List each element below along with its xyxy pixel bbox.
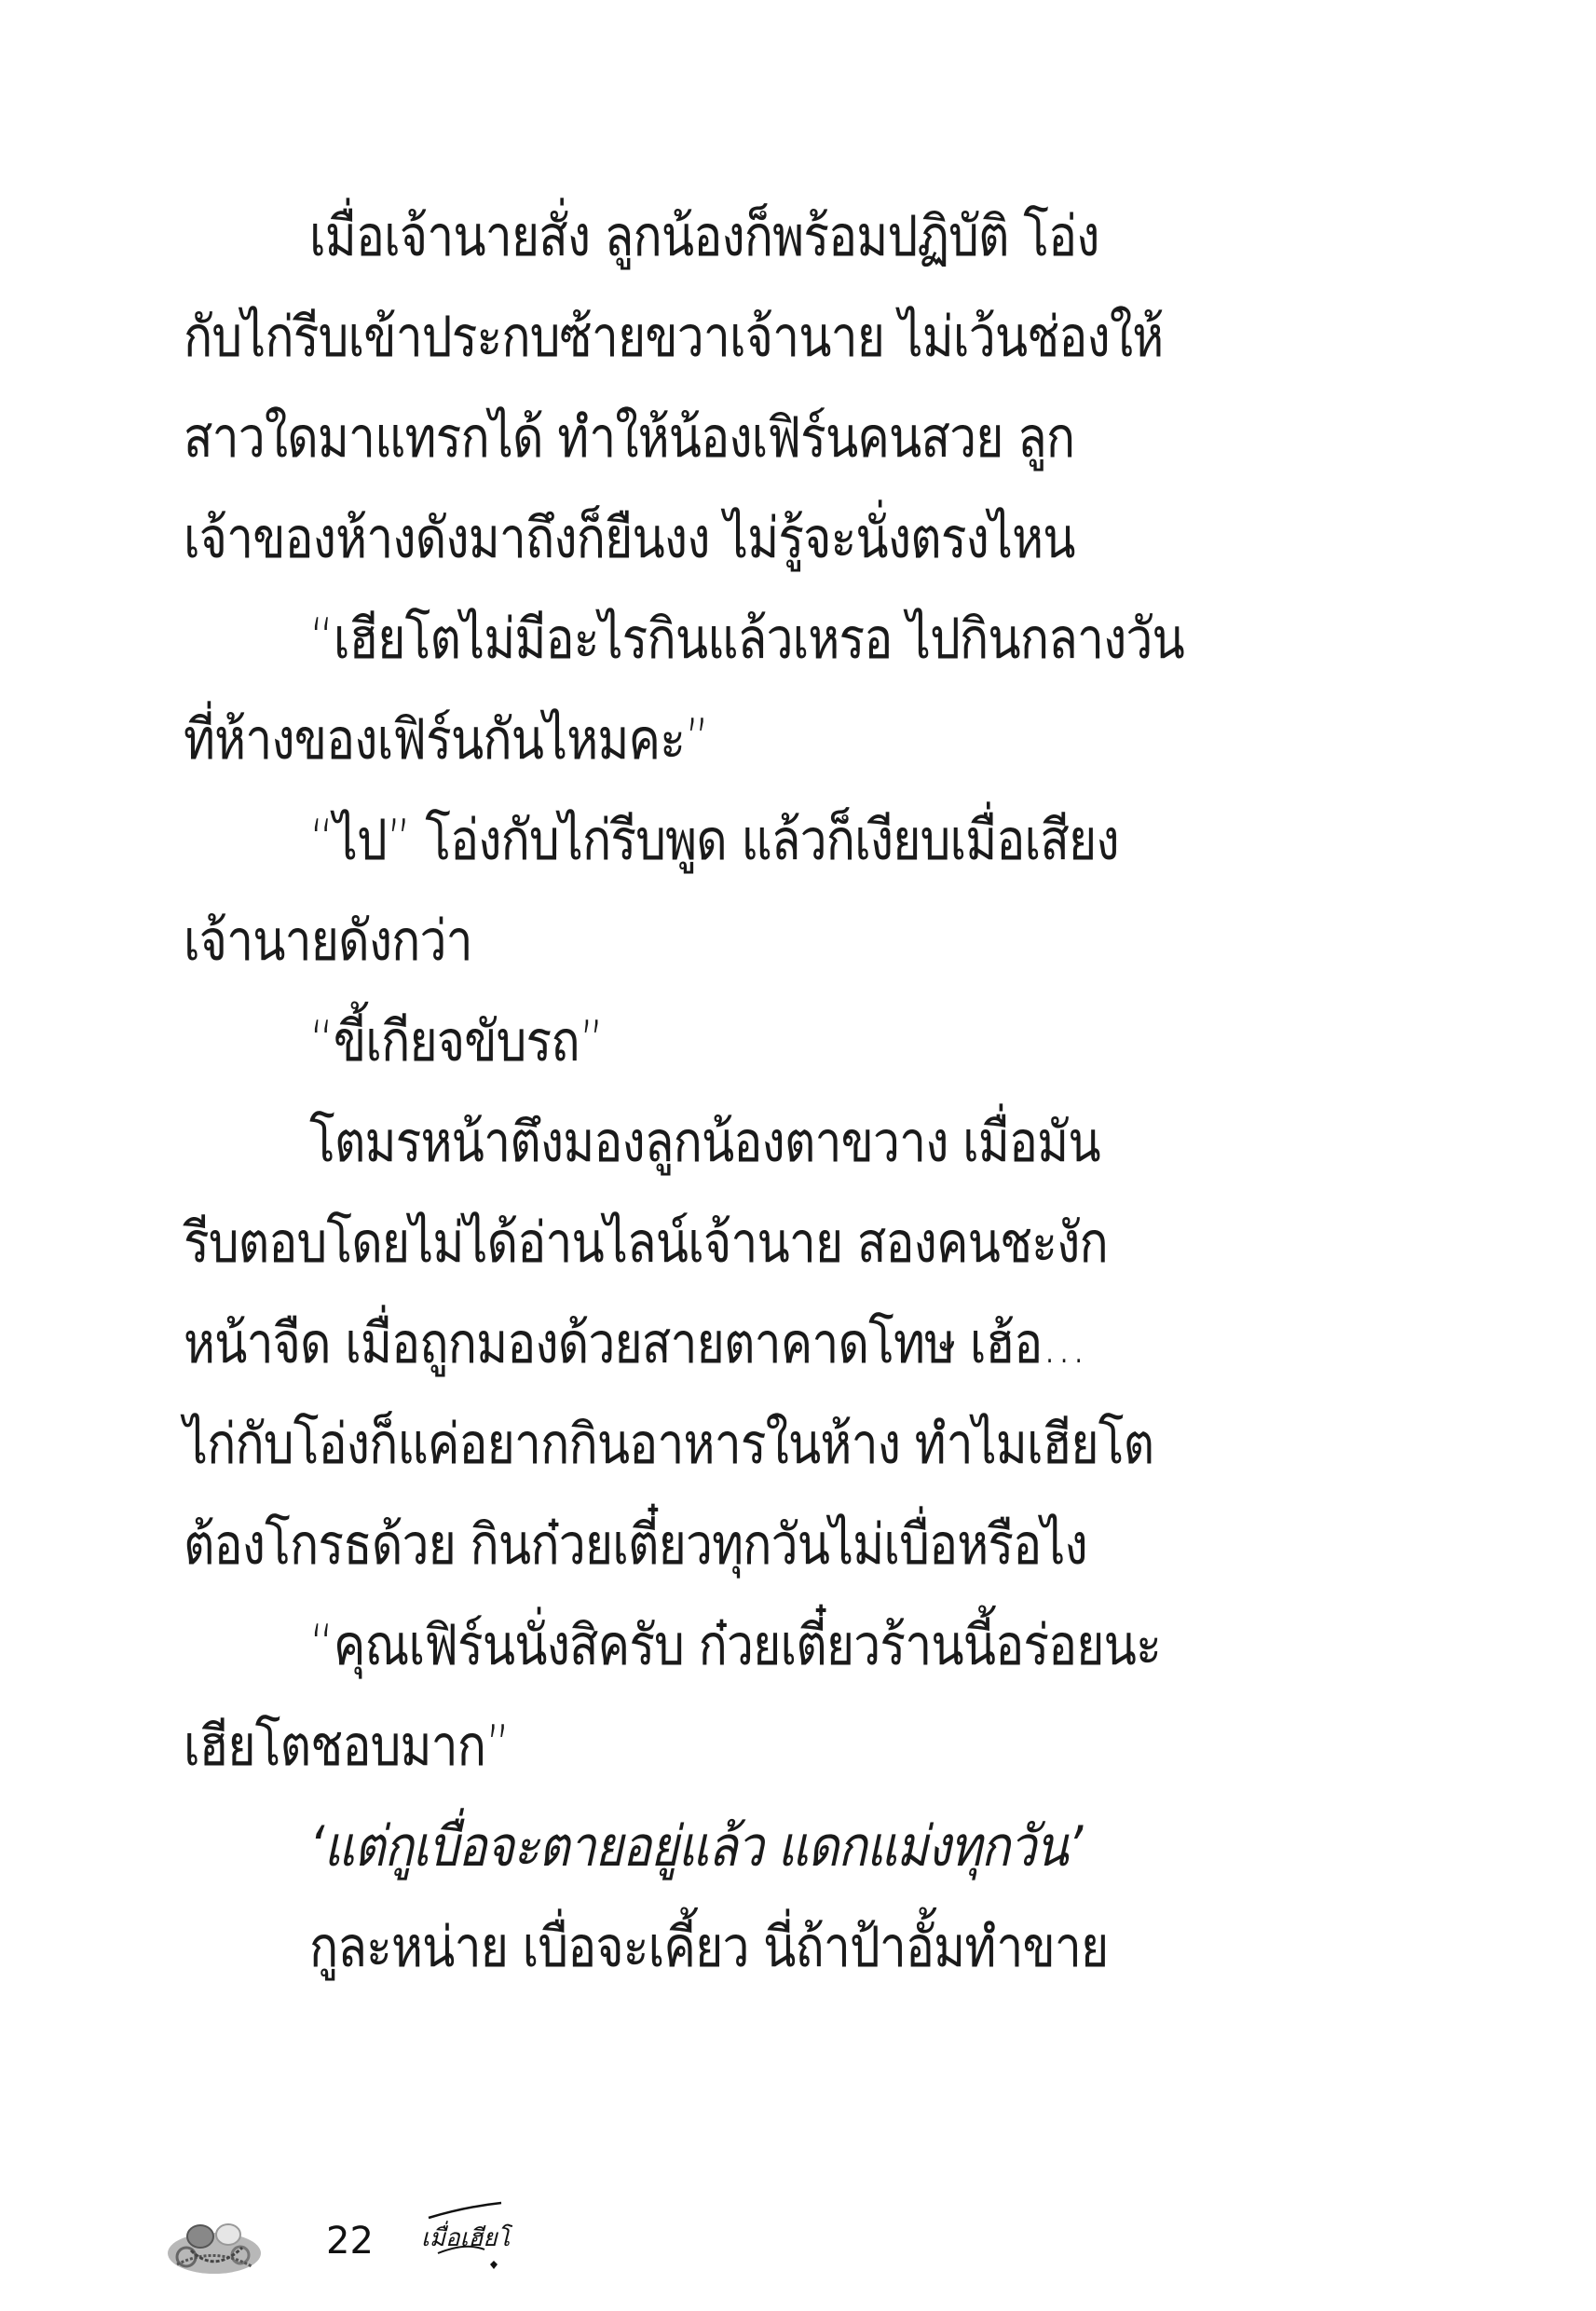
text-line: ไก่กับโอ่งก็แค่อยากกินอาหารในห้าง ทำไมเฮ… bbox=[184, 1394, 1169, 1495]
text-line: “ขี้เกียจขับรถ” bbox=[184, 991, 1169, 1092]
text-line: โตมรหน้าตึงมองลูกน้องตาขวาง เมื่อมัน bbox=[184, 1092, 1169, 1193]
text-line: กับไก่รีบเข้าประกบซ้ายขวาเจ้านาย ไม่เว้น… bbox=[184, 287, 1169, 388]
text-line: ต้องโกรธด้วย กินก๋วยเตี๋ยวทุกวันไม่เบื่อ… bbox=[184, 1495, 1169, 1595]
text-line: เฮียโตชอบมาก” bbox=[184, 1696, 1169, 1797]
text-line: ที่ห้างของเฟิร์นกันไหมคะ” bbox=[184, 690, 1169, 790]
text-line: กูละหน่าย เบื่อจะเคี้ยว นี่ถ้าป้าอั้มทำข… bbox=[184, 1897, 1169, 1998]
svg-text:เมื่อเฮียโตมีรัก: เมื่อเฮียโตมีรัก bbox=[421, 2221, 512, 2252]
text-line: เจ้าของห้างดังมาถึงก็ยืนงง ไม่รู้จะนั่งต… bbox=[184, 488, 1169, 589]
text-line: สาวใดมาแทรกได้ ทำให้น้องเฟิร์นคนสวย ลูก bbox=[184, 388, 1169, 488]
text-line: “คุณเฟิร์นนั่งสิครับ ก๋วยเตี๋ยวร้านนี้อร… bbox=[184, 1595, 1169, 1696]
body-text: เมื่อเจ้านายสั่ง ลูกน้องก็พร้อมปฏิบัติ โ… bbox=[184, 186, 1330, 1998]
book-page: เมื่อเจ้านายสั่ง ลูกน้องก็พร้อมปฏิบัติ โ… bbox=[0, 0, 1596, 2311]
book-title-logo: เมื่อเฮียโตมีรัก bbox=[410, 2197, 512, 2300]
text-line: “ไป” โอ่งกับไก่รีบพูด แล้วก็เงียบเมื่อเส… bbox=[184, 790, 1169, 891]
text-line: เมื่อเจ้านายสั่ง ลูกน้องก็พร้อมปฏิบัติ โ… bbox=[184, 186, 1169, 287]
text-line: “เฮียโตไม่มีอะไรกินแล้วเหรอ ไปกินกลางวัน bbox=[184, 589, 1169, 690]
text-line: รีบตอบโดยไม่ได้อ่านไลน์เจ้านาย สองคนชะงั… bbox=[184, 1193, 1169, 1293]
text-line: เจ้านายดังกว่า bbox=[184, 891, 1169, 991]
silver-jewelry-icon bbox=[158, 2208, 270, 2283]
text-line: หน้าจืด เมื่อถูกมองด้วยสายตาคาดโทษ เฮ้อ.… bbox=[184, 1293, 1169, 1394]
page-number: 22 bbox=[326, 2220, 374, 2263]
text-line-thought: ‘แต่กูเบื่อจะตายอยู่แล้ว แดกแม่งทุกวัน’ bbox=[184, 1797, 1169, 1897]
page-footer: 22 เมื่อเฮียโตมีรัก bbox=[158, 2208, 717, 2311]
